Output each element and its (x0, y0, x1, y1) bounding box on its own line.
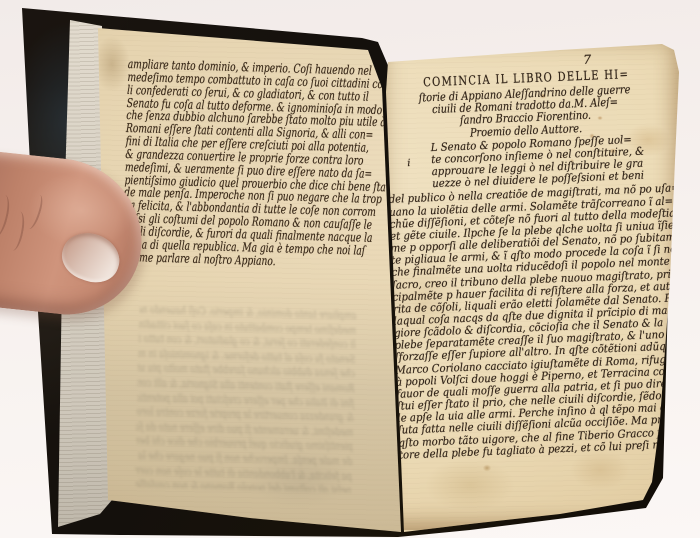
thumbnail (56, 225, 127, 289)
page-number: 7 (583, 52, 592, 67)
right-page-text: 7 COMINCIA IL LIBRO DELLE HI= ſtorie di … (383, 46, 692, 477)
thumb-crease (6, 210, 27, 252)
thumb-crease (23, 193, 46, 231)
book-photo: ampliare tanto dominio, & imperio. Coſi … (0, 0, 700, 538)
chapter-heading: ſtorie di Appiano Aleſſandrino delle gue… (398, 82, 652, 141)
body-text-block: del publico ò nella creatiõe de magiſtra… (388, 183, 690, 462)
